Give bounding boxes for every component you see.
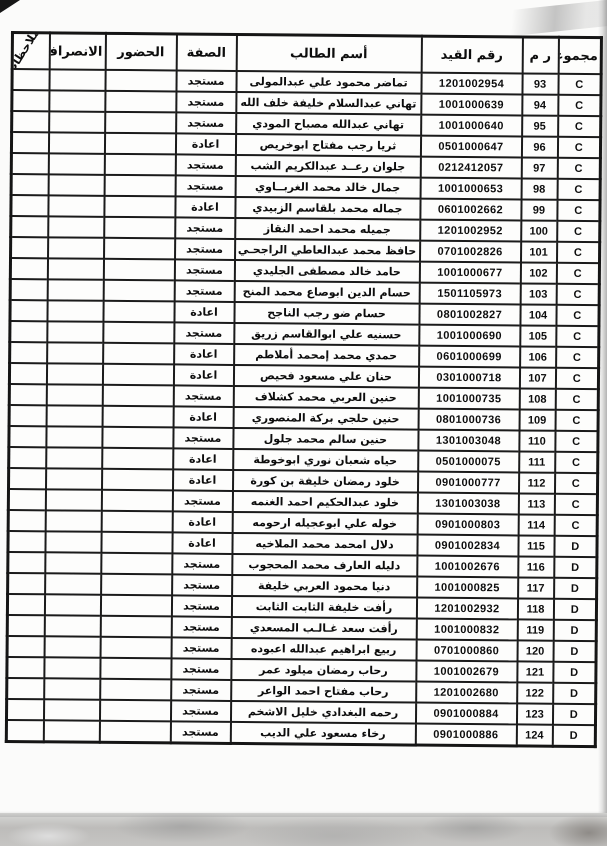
cell-departure bbox=[48, 153, 104, 174]
cell-group: C bbox=[555, 410, 598, 431]
cell-name: جلوان رعــد عبدالكريم الشب bbox=[235, 155, 420, 178]
header-serial: ر م bbox=[522, 37, 558, 74]
scanned-register-page: { "colors": { "ink": "#111111", "paper":… bbox=[0, 0, 607, 846]
cell-group: C bbox=[557, 200, 600, 221]
cell-group: C bbox=[558, 95, 601, 116]
cell-name: جماله محمد بلقاسم الزبيدي bbox=[235, 197, 420, 220]
cell-status: مستجد bbox=[170, 700, 230, 722]
cell-name: خلود عبدالحكيم احمد الغنمه bbox=[232, 491, 417, 514]
cell-group: D bbox=[553, 620, 596, 641]
cell-reg: 1001000639 bbox=[421, 94, 522, 116]
cell-name: حسنيه علي ابوالقاسم زريق bbox=[234, 323, 419, 346]
cell-notes bbox=[9, 384, 46, 405]
cell-group: C bbox=[555, 368, 598, 389]
cell-reg: 1001000690 bbox=[419, 325, 520, 347]
cell-no: 96 bbox=[521, 136, 557, 157]
cell-departure bbox=[45, 489, 101, 510]
cell-status: مستجد bbox=[172, 553, 232, 575]
cell-status: مستجد bbox=[174, 322, 234, 344]
cell-no: 110 bbox=[519, 430, 555, 451]
cell-status: مستجد bbox=[171, 658, 231, 680]
cell-status: مستجد bbox=[175, 217, 235, 239]
cell-name: حنين سالم محمد جلول bbox=[233, 428, 418, 451]
table-header: مجموعة ر م رقم القيد أسم الطالب الصفة ال… bbox=[12, 33, 601, 75]
cell-departure bbox=[43, 699, 99, 720]
cell-reg: 1201002952 bbox=[420, 220, 521, 242]
cell-reg: 0501000647 bbox=[420, 136, 521, 158]
cell-status: مستجد bbox=[176, 112, 236, 134]
cell-status: اعادة bbox=[175, 133, 235, 155]
cell-departure bbox=[44, 678, 100, 699]
cell-departure bbox=[46, 468, 102, 489]
cell-name: رأفت خليفة الثابت الثابت bbox=[231, 596, 416, 619]
scan-background-edge bbox=[0, 811, 607, 817]
cell-reg: 1301003048 bbox=[418, 430, 519, 452]
cell-name: رأفت سعد غـالـب المسعدي bbox=[231, 617, 416, 640]
cell-attendance bbox=[101, 490, 172, 512]
cell-name: رحاب رمضان ميلود عمر bbox=[231, 659, 416, 682]
cell-attendance bbox=[101, 553, 172, 575]
cell-reg: 0301000718 bbox=[418, 367, 519, 389]
cell-name: رحمه البغدادي خليل الاشخم bbox=[230, 701, 415, 724]
cell-status: اعادة bbox=[172, 469, 232, 491]
cell-no: 106 bbox=[520, 346, 556, 367]
cell-status: مستجد bbox=[175, 238, 235, 260]
cell-no: 98 bbox=[521, 178, 557, 199]
cell-attendance bbox=[103, 343, 174, 365]
cell-attendance bbox=[101, 511, 172, 533]
cell-group: D bbox=[554, 536, 597, 557]
cell-notes bbox=[8, 510, 45, 531]
cell-reg: 0601000699 bbox=[419, 346, 520, 368]
cell-departure bbox=[49, 111, 105, 132]
cell-no: 102 bbox=[520, 262, 556, 283]
cell-name: حسام الدين ابوصاع محمد المنح bbox=[234, 281, 419, 304]
cell-name: حامد خالد مصطفى الجليدي bbox=[234, 260, 419, 283]
cell-reg: 1301003038 bbox=[417, 493, 518, 515]
cell-departure bbox=[46, 426, 102, 447]
header-row: مجموعة ر م رقم القيد أسم الطالب الصفة ال… bbox=[12, 33, 601, 75]
cell-notes bbox=[12, 90, 49, 111]
cell-notes bbox=[10, 300, 47, 321]
cell-attendance bbox=[105, 70, 176, 92]
cell-status: مستجد bbox=[171, 679, 231, 701]
cell-no: 103 bbox=[520, 283, 556, 304]
cell-group: C bbox=[558, 74, 601, 95]
cell-reg: 1001002679 bbox=[416, 661, 517, 683]
header-notes: ملاحظات bbox=[12, 33, 49, 70]
cell-group: C bbox=[556, 347, 599, 368]
cell-departure bbox=[44, 657, 100, 678]
cell-reg: 0901000886 bbox=[415, 724, 516, 746]
cell-attendance bbox=[102, 448, 173, 470]
cell-notes bbox=[10, 258, 47, 279]
cell-name: تماضر محمود علي عبدالمولى bbox=[236, 71, 421, 94]
cell-group: C bbox=[556, 284, 599, 305]
cell-no: 121 bbox=[517, 661, 553, 682]
cell-reg: 1001000677 bbox=[419, 262, 520, 284]
cell-attendance bbox=[103, 322, 174, 344]
cell-notes bbox=[7, 615, 44, 636]
cell-no: 111 bbox=[519, 451, 555, 472]
cell-departure bbox=[45, 573, 101, 594]
cell-group: C bbox=[554, 515, 597, 536]
scan-streak bbox=[488, 0, 607, 38]
cell-group: C bbox=[556, 242, 599, 263]
cell-name: رخاء مسعود علي الديب bbox=[230, 722, 415, 745]
cell-attendance bbox=[104, 238, 175, 260]
cell-group: D bbox=[553, 683, 596, 704]
cell-group: D bbox=[554, 557, 597, 578]
cell-group: D bbox=[552, 725, 595, 747]
cell-group: D bbox=[553, 599, 596, 620]
cell-group: C bbox=[557, 221, 600, 242]
cell-attendance bbox=[101, 469, 172, 491]
cell-status: اعادة bbox=[174, 343, 234, 365]
cell-no: 99 bbox=[521, 199, 557, 220]
cell-group: C bbox=[557, 158, 600, 179]
cell-departure bbox=[45, 510, 101, 531]
cell-notes bbox=[8, 489, 45, 510]
cell-notes bbox=[6, 720, 43, 742]
cell-status: اعادة bbox=[172, 511, 232, 533]
cell-group: D bbox=[552, 704, 595, 725]
cell-departure bbox=[45, 552, 101, 573]
cell-notes bbox=[7, 678, 44, 699]
register-sheet: مجموعة ر م رقم القيد أسم الطالب الصفة ال… bbox=[5, 31, 600, 748]
cell-no: 95 bbox=[522, 115, 558, 136]
cell-departure bbox=[47, 342, 103, 363]
cell-group: C bbox=[556, 326, 599, 347]
cell-status: مستجد bbox=[174, 280, 234, 302]
cell-attendance bbox=[99, 721, 170, 743]
scan-background bbox=[0, 813, 607, 846]
cell-notes bbox=[9, 447, 46, 468]
cell-departure bbox=[48, 237, 104, 258]
header-student-name: أسم الطالب bbox=[236, 34, 421, 72]
cell-attendance bbox=[105, 91, 176, 113]
cell-notes bbox=[8, 552, 45, 573]
cell-no: 114 bbox=[518, 514, 554, 535]
cell-group: C bbox=[555, 452, 598, 473]
cell-name: رحاب مفتاح احمد الواعر bbox=[231, 680, 416, 703]
cell-notes bbox=[11, 132, 48, 153]
cell-notes bbox=[11, 153, 48, 174]
cell-status: اعادة bbox=[173, 406, 233, 428]
cell-attendance bbox=[99, 700, 170, 722]
cell-no: 118 bbox=[517, 598, 553, 619]
cell-group: C bbox=[554, 473, 597, 494]
cell-attendance bbox=[104, 196, 175, 218]
cell-name: خلود رمضان خليفة بن كورة bbox=[232, 470, 417, 493]
cell-departure bbox=[45, 531, 101, 552]
cell-group: C bbox=[557, 179, 600, 200]
cell-reg: 1201002680 bbox=[416, 682, 517, 704]
cell-name: حياه شعبان نوري ابوخوطة bbox=[233, 449, 418, 472]
cell-attendance bbox=[100, 595, 171, 617]
cell-group: C bbox=[555, 389, 598, 410]
cell-departure bbox=[46, 384, 102, 405]
cell-no: 97 bbox=[521, 157, 557, 178]
cell-name: حمدي محمد إمحمد أملاطم bbox=[234, 344, 419, 367]
cell-notes bbox=[9, 426, 46, 447]
cell-no: 93 bbox=[522, 73, 558, 94]
cell-name: دنيا محمود العربي خليفة bbox=[232, 575, 417, 598]
header-notes-label: ملاحظات bbox=[12, 33, 42, 70]
cell-status: اعادة bbox=[174, 301, 234, 323]
cell-reg: 1001000825 bbox=[417, 577, 518, 599]
cell-status: مستجد bbox=[171, 637, 231, 659]
cell-group: C bbox=[554, 494, 597, 515]
cell-no: 101 bbox=[520, 241, 556, 262]
cell-status: مستجد bbox=[171, 595, 231, 617]
cell-name: حسام ضو رجب الناجح bbox=[234, 302, 419, 325]
cell-no: 113 bbox=[518, 493, 554, 514]
cell-reg: 0601002662 bbox=[420, 199, 521, 221]
cell-no: 107 bbox=[519, 367, 555, 388]
cell-reg: 1001000832 bbox=[416, 619, 517, 641]
cell-reg: 0801002827 bbox=[419, 304, 520, 326]
cell-reg: 1001000640 bbox=[421, 115, 522, 137]
cell-reg: 0801000736 bbox=[418, 409, 519, 431]
cell-name: خوله علي ابوعجيله ارحومه bbox=[232, 512, 417, 535]
cell-status: مستجد bbox=[172, 574, 232, 596]
cell-attendance bbox=[103, 301, 174, 323]
cell-reg: 1001002676 bbox=[417, 556, 518, 578]
cell-no: 109 bbox=[519, 409, 555, 430]
cell-name: دليله العارف محمد المحجوب bbox=[232, 554, 417, 577]
cell-notes bbox=[10, 279, 47, 300]
cell-departure bbox=[43, 720, 99, 742]
cell-notes bbox=[9, 363, 46, 384]
header-group: مجموعة bbox=[558, 37, 601, 74]
cell-notes bbox=[11, 237, 48, 258]
cell-no: 115 bbox=[518, 535, 554, 556]
cell-attendance bbox=[100, 658, 171, 680]
cell-name: ربيع ابراهيم عبدالله اعبوده bbox=[231, 638, 416, 661]
cell-reg: 1201002932 bbox=[416, 598, 517, 620]
cell-departure bbox=[46, 405, 102, 426]
cell-group: C bbox=[555, 431, 598, 452]
cell-notes bbox=[9, 468, 46, 489]
cell-attendance bbox=[100, 679, 171, 701]
cell-reg: 0701000860 bbox=[416, 640, 517, 662]
cell-status: مستجد bbox=[170, 721, 230, 743]
cell-name: دلال امحمد محمد الملاخيه bbox=[232, 533, 417, 556]
cell-no: 119 bbox=[517, 619, 553, 640]
cell-name: تهاني عبدالسلام خليفة خلف الله bbox=[236, 92, 421, 115]
cell-group: C bbox=[557, 137, 600, 158]
cell-departure bbox=[44, 636, 100, 657]
cell-name: ثريا رجب مفتاح ابوخريص bbox=[235, 134, 420, 157]
cell-group: D bbox=[553, 662, 596, 683]
cell-attendance bbox=[104, 217, 175, 239]
cell-attendance bbox=[101, 574, 172, 596]
cell-departure bbox=[46, 447, 102, 468]
cell-departure bbox=[46, 363, 102, 384]
cell-attendance bbox=[102, 385, 173, 407]
cell-notes bbox=[7, 636, 44, 657]
cell-attendance bbox=[102, 427, 173, 449]
cell-status: مستجد bbox=[176, 70, 236, 92]
cell-notes bbox=[7, 657, 44, 678]
cell-status: مستجد bbox=[175, 175, 235, 197]
cell-departure bbox=[49, 69, 105, 90]
scan-corner-mark bbox=[0, 0, 20, 13]
cell-notes bbox=[9, 405, 46, 426]
cell-status: مستجد bbox=[174, 259, 234, 281]
header-departure: الانصراف bbox=[49, 33, 105, 70]
cell-status: مستجد bbox=[173, 385, 233, 407]
cell-name: جميله محمد احمد النقاز bbox=[235, 218, 420, 241]
cell-notes bbox=[7, 594, 44, 615]
cell-notes bbox=[12, 69, 49, 90]
cell-departure bbox=[47, 321, 103, 342]
cell-notes bbox=[8, 531, 45, 552]
cell-no: 105 bbox=[520, 325, 556, 346]
cell-notes bbox=[11, 174, 48, 195]
cell-no: 124 bbox=[516, 724, 552, 746]
cell-attendance bbox=[104, 133, 175, 155]
cell-reg: 0501000075 bbox=[418, 451, 519, 473]
cell-attendance bbox=[105, 112, 176, 134]
cell-no: 117 bbox=[518, 577, 554, 598]
cell-no: 104 bbox=[520, 304, 556, 325]
cell-status: مستجد bbox=[173, 427, 233, 449]
cell-departure bbox=[44, 615, 100, 636]
cell-notes bbox=[11, 195, 48, 216]
cell-attendance bbox=[102, 406, 173, 428]
header-status: الصفة bbox=[176, 34, 236, 71]
cell-no: 122 bbox=[517, 682, 553, 703]
cell-no: 112 bbox=[518, 472, 554, 493]
cell-reg: 1201002954 bbox=[421, 73, 522, 95]
student-rows: C931201002954تماضر محمود علي عبدالمولىمس… bbox=[6, 69, 601, 747]
student-register-table: مجموعة ر م رقم القيد أسم الطالب الصفة ال… bbox=[5, 31, 603, 748]
cell-attendance bbox=[100, 637, 171, 659]
table-row: D1240901000886رخاء مسعود علي الديبمستجد bbox=[6, 720, 595, 747]
cell-notes bbox=[8, 573, 45, 594]
cell-name: جمال خالد محمد الغربــاوي bbox=[235, 176, 420, 199]
cell-group: D bbox=[554, 578, 597, 599]
cell-status: مستجد bbox=[171, 616, 231, 638]
cell-reg: 1501105973 bbox=[419, 283, 520, 305]
cell-reg: 1001000653 bbox=[420, 178, 521, 200]
cell-name: حنين العربي محمد كشلاف bbox=[233, 386, 418, 409]
cell-status: اعادة bbox=[173, 448, 233, 470]
cell-no: 94 bbox=[522, 94, 558, 115]
cell-group: C bbox=[558, 116, 601, 137]
cell-group: C bbox=[556, 305, 599, 326]
cell-reg: 0901000884 bbox=[415, 703, 516, 725]
cell-notes bbox=[10, 321, 47, 342]
cell-departure bbox=[49, 90, 105, 111]
cell-reg: 0701002826 bbox=[420, 241, 521, 263]
cell-reg: 0901000803 bbox=[417, 514, 518, 536]
cell-reg: 0901000777 bbox=[417, 472, 518, 494]
cell-notes bbox=[6, 699, 43, 720]
cell-status: اعادة bbox=[172, 532, 232, 554]
cell-departure bbox=[44, 594, 100, 615]
cell-group: D bbox=[553, 641, 596, 662]
cell-name: حافظ محمد عبدالعاطي الراجحـي bbox=[235, 239, 420, 262]
cell-status: اعادة bbox=[173, 364, 233, 386]
cell-group: C bbox=[556, 263, 599, 284]
cell-departure bbox=[47, 258, 103, 279]
cell-no: 108 bbox=[519, 388, 555, 409]
cell-attendance bbox=[104, 175, 175, 197]
cell-attendance bbox=[102, 364, 173, 386]
cell-departure bbox=[48, 216, 104, 237]
cell-attendance bbox=[101, 532, 172, 554]
cell-status: اعادة bbox=[175, 196, 235, 218]
header-registration-number: رقم القيد bbox=[421, 36, 522, 73]
cell-departure bbox=[48, 132, 104, 153]
cell-name: حنين حلجي بركة المنصوري bbox=[233, 407, 418, 430]
cell-reg: 0901002834 bbox=[417, 535, 518, 557]
cell-notes bbox=[10, 342, 47, 363]
cell-no: 100 bbox=[521, 220, 557, 241]
cell-attendance bbox=[103, 280, 174, 302]
cell-departure bbox=[48, 195, 104, 216]
cell-attendance bbox=[100, 616, 171, 638]
cell-no: 123 bbox=[516, 703, 552, 724]
cell-reg: 1001000735 bbox=[418, 388, 519, 410]
cell-status: مستجد bbox=[175, 154, 235, 176]
cell-notes bbox=[12, 111, 49, 132]
cell-no: 120 bbox=[517, 640, 553, 661]
cell-name: حنان علي مسعود فحيص bbox=[233, 365, 418, 388]
cell-status: مستجد bbox=[172, 490, 232, 512]
cell-notes bbox=[11, 216, 48, 237]
cell-attendance bbox=[103, 259, 174, 281]
cell-departure bbox=[47, 300, 103, 321]
cell-reg: 0212412057 bbox=[420, 157, 521, 179]
cell-status: مستجد bbox=[176, 91, 236, 113]
cell-attendance bbox=[104, 154, 175, 176]
cell-no: 116 bbox=[518, 556, 554, 577]
cell-departure bbox=[47, 279, 103, 300]
cell-name: تهاني عبدالله مصباح المودي bbox=[236, 113, 421, 136]
cell-departure bbox=[48, 174, 104, 195]
header-attendance: الحضور bbox=[105, 33, 176, 70]
